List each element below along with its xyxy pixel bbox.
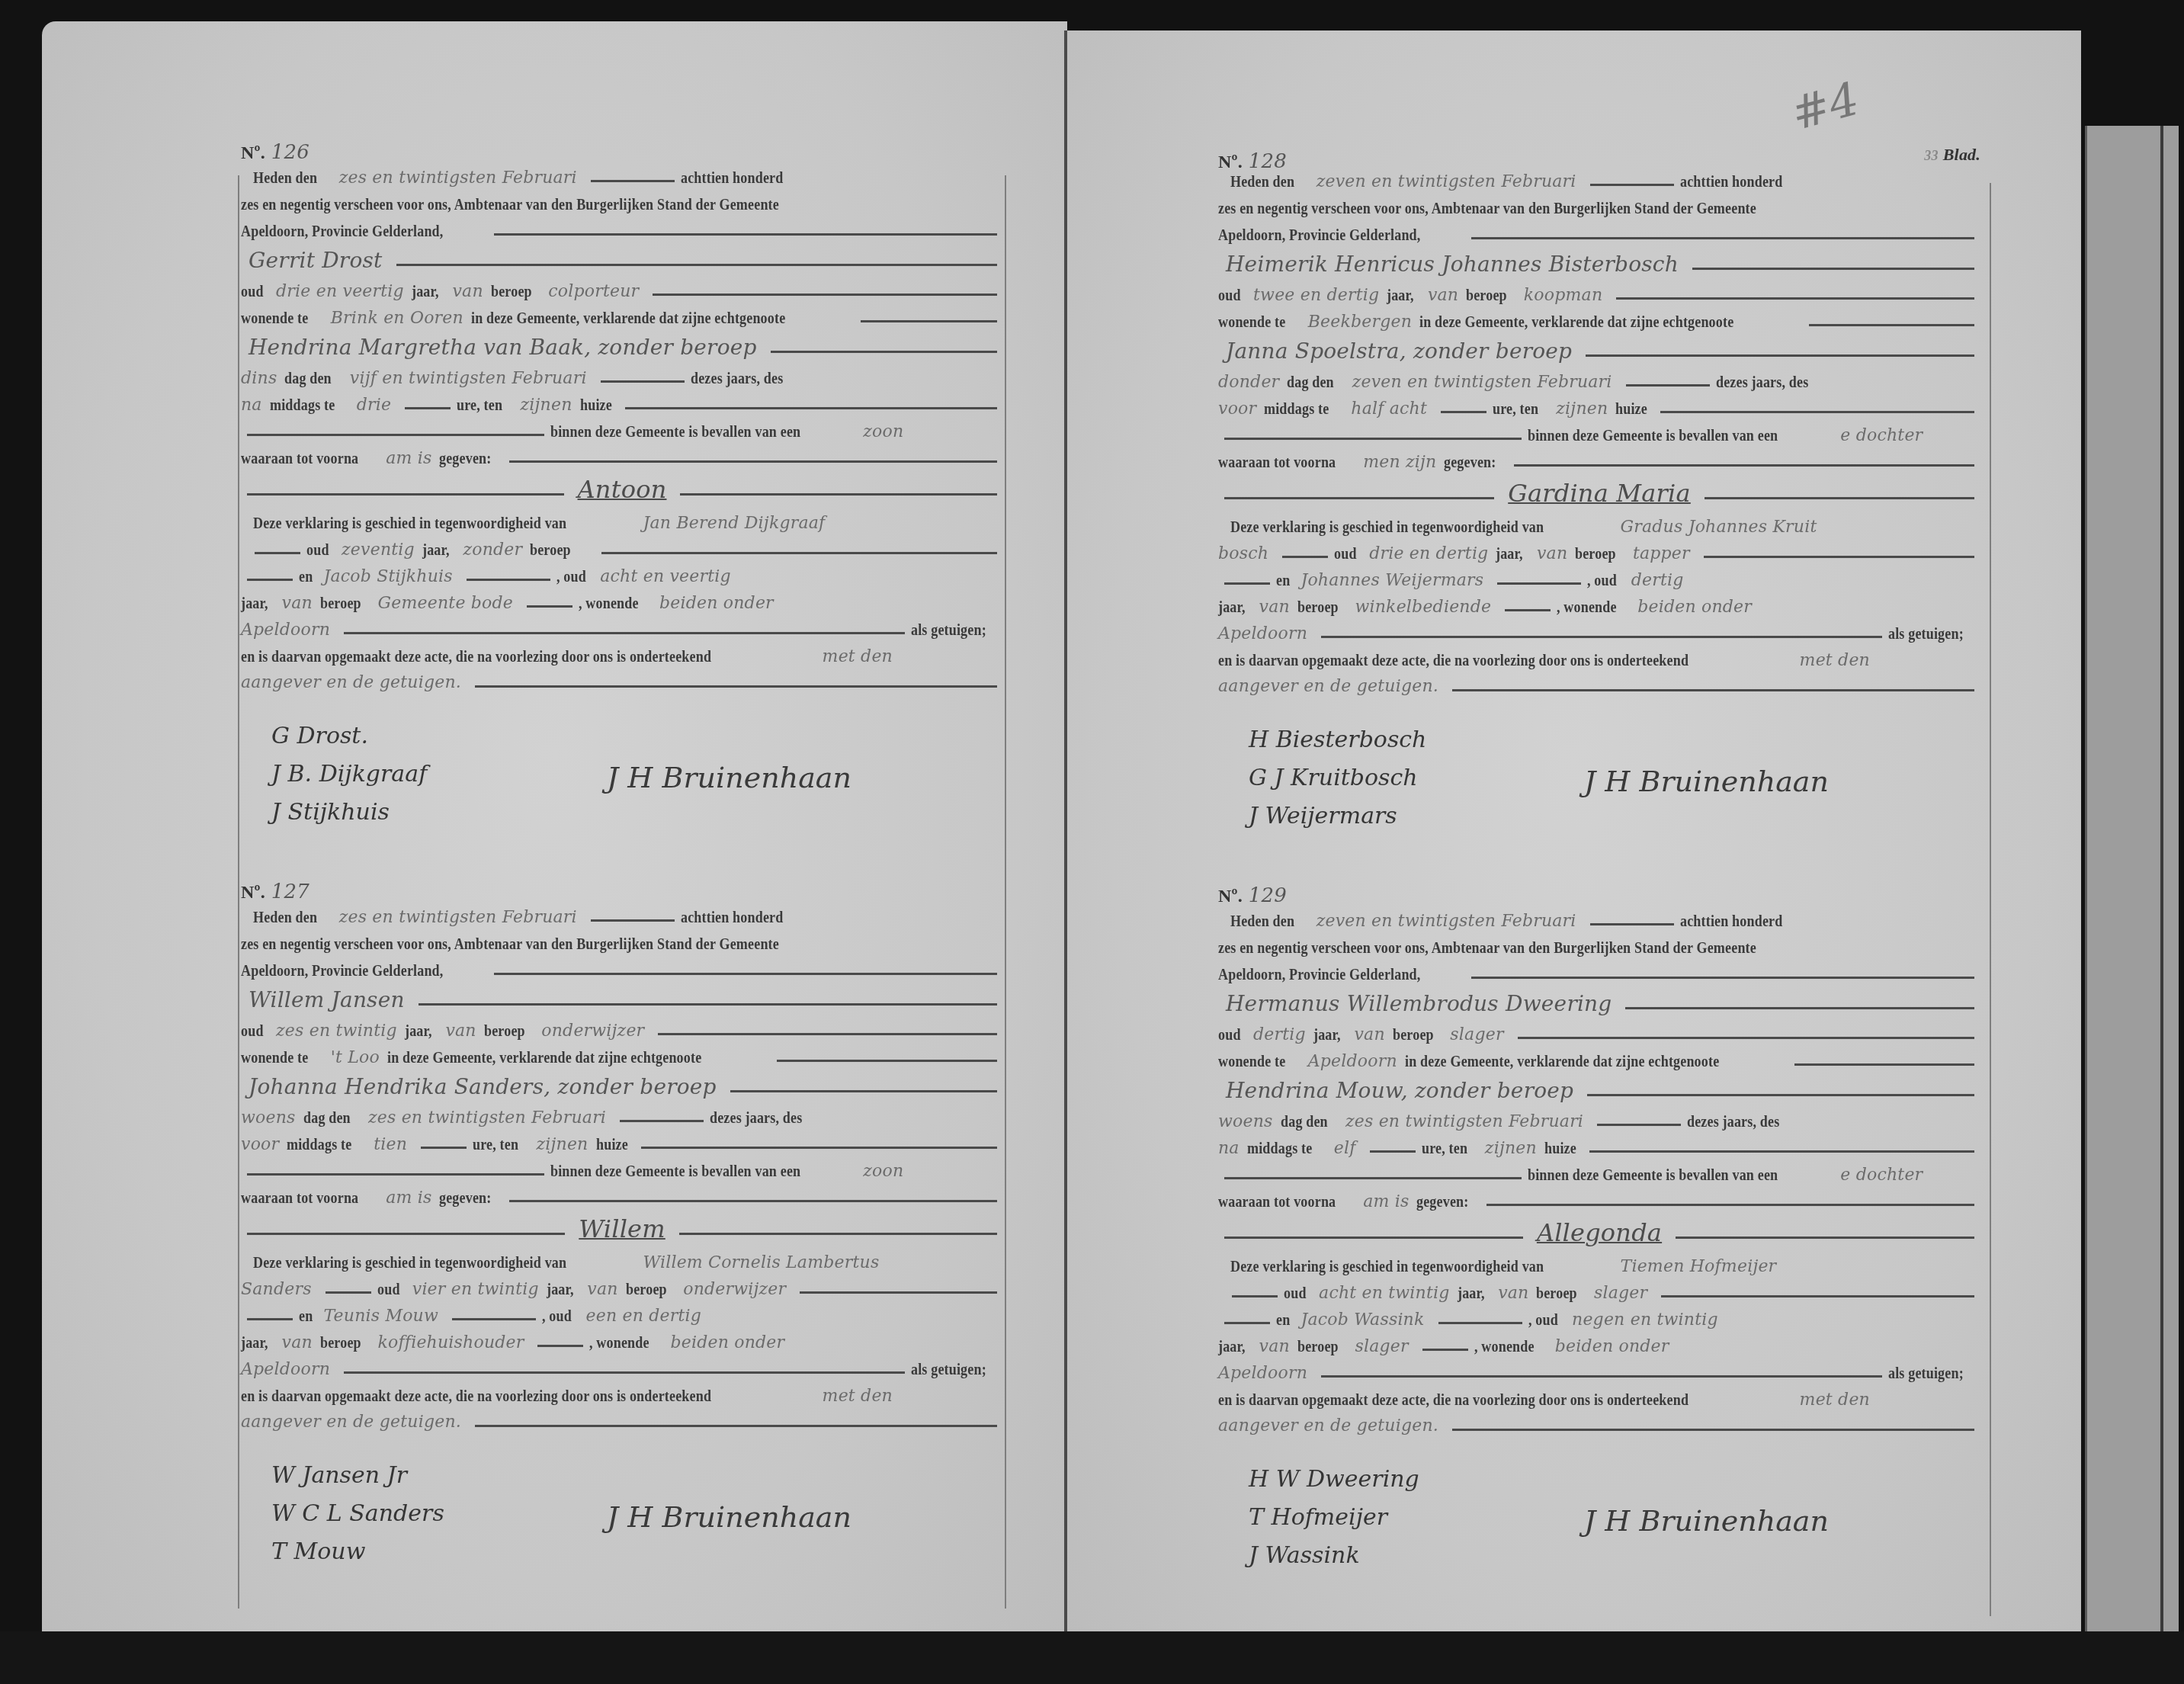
book-spine xyxy=(1064,30,1067,1650)
witness-intro-line: Deze verklaring is geschied in tegenwoor… xyxy=(241,513,1003,540)
residence-line: wonende te Brink en Ooren in deze Gemeen… xyxy=(241,308,1003,335)
signature-declarant: G Drost. xyxy=(271,723,368,749)
fill-dash xyxy=(591,919,675,922)
fill-dash xyxy=(1224,438,1522,440)
fill-dash xyxy=(1505,609,1551,611)
child-name: Gardina Maria xyxy=(1508,479,1691,508)
witness2-line: en Jacob Wassink , oud negen en twintig xyxy=(1218,1310,1980,1336)
fill-dash xyxy=(247,434,544,436)
witness1-age: zeventig xyxy=(342,540,415,560)
wife-line: Janna Spoelstra, zonder beroep xyxy=(1218,338,1980,372)
name-given-line: waaraan tot voorna men zijn gegeven: xyxy=(1218,452,1980,479)
fill-dash xyxy=(1661,1295,1974,1297)
official-line: zes en negentig verscheen voor ons, Ambt… xyxy=(241,934,1003,961)
number-label: Nº. xyxy=(1218,887,1243,907)
declarant-line: Heimerik Henricus Johannes Bisterbosch xyxy=(1218,252,1980,285)
wife-name: Hendrina Mouw, zonder beroep xyxy=(1226,1078,1573,1103)
act-number-line: Nº. 128 33Blad. xyxy=(1218,145,1980,172)
witness1-age-line: oud acht en twintig jaar, van beroep sla… xyxy=(1218,1283,1980,1310)
declarant-residence: Brink en Ooren xyxy=(331,309,463,328)
witness1-name: Gradus Johannes Kruit xyxy=(1621,518,1817,537)
fill-dash xyxy=(1809,324,1974,326)
fill-dash xyxy=(641,1147,997,1149)
fill-dash xyxy=(1452,689,1974,691)
signature-registrar: J H Bruinenhaan xyxy=(607,1500,851,1534)
declarant-name: Willem Jansen xyxy=(249,987,405,1012)
witness2-occupation-line: jaar, van beroep slager , wonende beiden… xyxy=(1218,1336,1980,1363)
witness-residence: Apeldoorn xyxy=(241,1360,330,1379)
fill-dash xyxy=(777,1060,997,1062)
fill-dash xyxy=(1370,1150,1416,1153)
wife-name: Janna Spoelstra, zonder beroep xyxy=(1226,338,1572,364)
signed-line: en is daarvan opgemaakt deze acte, die n… xyxy=(241,646,1003,673)
child-sex: zoon xyxy=(863,1162,903,1181)
act-number-line: Nº. 129 xyxy=(1218,884,1980,911)
fill-dash xyxy=(1422,1349,1468,1351)
born-line: binnen deze Gemeente is bevallen van een… xyxy=(241,422,1003,448)
left-margin-rule xyxy=(238,175,239,1609)
witness-residence-line: Apeldoorn als getuigen; xyxy=(1218,1363,1980,1390)
witness2-age: negen en twintig xyxy=(1572,1310,1718,1330)
wife-line: Johanna Hendrika Sanders, zonder beroep xyxy=(241,1074,1003,1108)
official-line: zes en negentig verscheen voor ons, Ambt… xyxy=(1218,198,1980,225)
birth-act-127: Nº. 127 Heden den zes en twintigsten Feb… xyxy=(241,880,1003,1607)
declarant-line: Willem Jansen xyxy=(241,987,1003,1021)
registration-date: zes en twintigsten Februari xyxy=(339,908,577,927)
fill-dash xyxy=(1452,1429,1974,1431)
signature-block: W Jansen Jr W C L Sanders T Mouw J H Bru… xyxy=(241,1455,1003,1607)
signature-declarant: H Biesterbosch xyxy=(1249,727,1426,753)
witness-residence-line: Apeldoorn als getuigen; xyxy=(241,1359,1003,1386)
declarant-age: twee en dertig xyxy=(1253,286,1379,305)
fill-dash xyxy=(421,1147,467,1149)
signature-registrar: J H Bruinenhaan xyxy=(1584,1504,1829,1538)
registration-date: zes en twintigsten Februari xyxy=(339,168,577,188)
birth-date-line: dins dag den vijf en twintigsten Februar… xyxy=(241,368,1003,395)
fill-dash xyxy=(247,1173,544,1176)
age-occupation-line: oud twee en dertig jaar, van beroep koop… xyxy=(1218,285,1980,312)
fill-dash xyxy=(800,1291,997,1294)
fill-dash xyxy=(1660,411,1974,413)
declarant-residence: 't Loo xyxy=(331,1048,380,1067)
fill-dash xyxy=(861,320,997,322)
child-name-line: Gardina Maria xyxy=(1218,479,1980,517)
fill-dash xyxy=(601,552,997,554)
signature-block: H Biesterbosch G J Kruitbosch J Weijerma… xyxy=(1218,719,1980,871)
right-margin-rule xyxy=(1990,183,1991,1616)
birth-time-line: na middags te drie ure, ten zijnen huize xyxy=(241,395,1003,422)
fill-dash xyxy=(1587,1094,1974,1096)
signed-line: en is daarvan opgemaakt deze acte, die n… xyxy=(1218,650,1980,677)
place-line: Apeldoorn, Provincie Gelderland, xyxy=(1218,964,1980,991)
number-label: Nº. xyxy=(241,143,265,164)
fill-dash xyxy=(405,407,451,409)
name-given-line: waaraan tot voorna am is gegeven: xyxy=(1218,1192,1980,1218)
witness2-occupation: Gemeente bode xyxy=(377,594,513,613)
witness2-line: en Johannes Weijermars , oud dertig xyxy=(1218,570,1980,597)
declarant-line: Gerrit Drost xyxy=(241,248,1003,281)
child-name-line: Allegonda xyxy=(1218,1218,1980,1256)
declarant-name: Hermanus Willembrodus Dweering xyxy=(1226,991,1612,1016)
witness2-occupation-line: jaar, van beroep koffiehuishouder , wone… xyxy=(241,1333,1003,1359)
fill-dash xyxy=(1224,497,1494,499)
birth-date-line: woens dag den zes en twintigsten Februar… xyxy=(1218,1111,1980,1138)
fill-dash xyxy=(1625,1007,1974,1009)
signature-registrar: J H Bruinenhaan xyxy=(607,761,851,794)
fill-dash xyxy=(537,1345,583,1347)
born-line: binnen deze Gemeente is bevallen van een… xyxy=(1218,1165,1980,1192)
declarant-age: dertig xyxy=(1253,1025,1306,1044)
fill-dash xyxy=(653,293,997,296)
witness-intro-line: Deze verklaring is geschied in tegenwoor… xyxy=(1218,517,1980,544)
witness2-occupation-line: jaar, van beroep Gemeente bode , wonende… xyxy=(241,593,1003,620)
witness1-age: drie en dertig xyxy=(1369,544,1488,563)
declarant-residence: Apeldoorn xyxy=(1308,1052,1397,1071)
ampm: na xyxy=(241,396,262,415)
fill-dash xyxy=(679,1233,997,1235)
fill-dash xyxy=(396,264,997,266)
birth-date: zes en twintigsten Februari xyxy=(368,1108,606,1127)
signature-witness2: J Weijermars xyxy=(1249,803,1397,829)
fill-dash xyxy=(680,493,997,496)
fill-dash xyxy=(1589,1150,1974,1153)
fill-dash xyxy=(1224,1177,1522,1179)
declarant-occupation: slager xyxy=(1450,1025,1503,1044)
residence-line: wonende te Beekbergen in deze Gemeente, … xyxy=(1218,312,1980,338)
residence-line: wonende te 't Loo in deze Gemeente, verk… xyxy=(241,1047,1003,1074)
signature-witness1: T Hofmeijer xyxy=(1249,1504,1387,1531)
witness2-age: dertig xyxy=(1631,571,1684,590)
fill-dash xyxy=(620,1120,704,1122)
signature-witness2: J Stijkhuis xyxy=(271,799,390,826)
fill-dash xyxy=(344,632,905,634)
fill-dash xyxy=(255,552,300,554)
fill-dash xyxy=(658,1033,997,1035)
witness1-name: Jan Berend Dijkgraaf xyxy=(643,514,826,533)
fill-dash xyxy=(1224,1237,1523,1239)
witness-residence-line: Apeldoorn als getuigen; xyxy=(241,620,1003,646)
age-occupation-line: oud zes en twintig jaar, van beroep onde… xyxy=(241,1021,1003,1047)
witness2-age: acht en veertig xyxy=(600,567,731,586)
witness1-occupation: slager xyxy=(1594,1284,1647,1303)
birth-hour: tien xyxy=(374,1135,407,1154)
fill-dash xyxy=(1586,354,1974,357)
fill-dash xyxy=(1626,384,1710,387)
fill-dash xyxy=(1590,184,1674,186)
fill-dash xyxy=(625,407,997,409)
name-given-line: waaraan tot voorna am is gegeven: xyxy=(241,448,1003,475)
official-line: zes en negentig verscheen voor ons, Ambt… xyxy=(241,194,1003,221)
signed-line: en is daarvan opgemaakt deze acte, die n… xyxy=(1218,1390,1980,1416)
signature-block: G Drost. J B. Dijkgraaf J Stijkhuis J H … xyxy=(241,715,1003,868)
fill-dash xyxy=(247,493,564,496)
weekday: woens xyxy=(241,1108,296,1127)
number-label: Nº. xyxy=(1218,152,1243,173)
signature-witness1: G J Kruitbosch xyxy=(1249,765,1418,791)
act-number: 127 xyxy=(271,880,309,903)
fill-dash xyxy=(494,233,997,236)
residence-line: wonende te Apeldoorn in deze Gemeente, v… xyxy=(1218,1051,1980,1078)
blad-label: 33Blad. xyxy=(1924,145,1980,165)
fill-dash xyxy=(247,1233,565,1235)
act-number: 129 xyxy=(1249,884,1287,907)
witness2-age: een en dertig xyxy=(586,1307,702,1326)
witness1-age: vier en twintig xyxy=(412,1280,539,1299)
fill-dash xyxy=(1471,977,1974,979)
registration-date: zeven en twintigsten Februari xyxy=(1316,172,1576,191)
signed-line: en is daarvan opgemaakt deze acte, die n… xyxy=(241,1386,1003,1413)
fill-dash xyxy=(1704,556,1974,558)
fill-dash xyxy=(1224,1322,1270,1324)
declarant-line: Hermanus Willembrodus Dweering xyxy=(1218,991,1980,1025)
child-name-line: Antoon xyxy=(241,475,1003,513)
registration-date: zeven en twintigsten Februari xyxy=(1316,912,1576,931)
birth-date: zeven en twintigsten Februari xyxy=(1352,373,1612,392)
declarant-residence: Beekbergen xyxy=(1308,313,1412,332)
witness2-occupation-line: jaar, van beroep winkelbediende , wonend… xyxy=(1218,597,1980,624)
birth-time-line: na middags te elf ure, ten zijnen huize xyxy=(1218,1138,1980,1165)
born-line: binnen deze Gemeente is bevallen van een… xyxy=(241,1161,1003,1188)
witness1-occupation: onderwijzer xyxy=(683,1280,786,1299)
birth-hour: elf xyxy=(1334,1139,1356,1158)
date-line: Heden den zes en twintigsten Februari ac… xyxy=(241,168,1003,194)
age-occupation-line: oud dertig jaar, van beroep slager xyxy=(1218,1025,1980,1051)
place-line: Apeldoorn, Provincie Gelderland, xyxy=(1218,225,1980,252)
fill-dash xyxy=(1441,411,1486,413)
fill-dash xyxy=(1321,1375,1882,1378)
child-name: Willem xyxy=(579,1214,665,1243)
fill-dash xyxy=(1438,1322,1522,1324)
declarant-name: Heimerik Henricus Johannes Bisterbosch xyxy=(1226,252,1679,277)
witness2-occupation: koffiehuishouder xyxy=(377,1333,524,1352)
fill-dash xyxy=(1692,268,1974,270)
left-right-margin-rule xyxy=(1005,175,1006,1609)
witness1-age-line: oud zeventig jaar, zonder beroep xyxy=(241,540,1003,566)
witness2-name: Jacob Wassink xyxy=(1300,1310,1424,1330)
act-number: 128 xyxy=(1249,150,1287,173)
fill-dash xyxy=(1232,1295,1278,1297)
witness2-line: en Teunis Mouw , oud een en dertig xyxy=(241,1306,1003,1333)
place-line: Apeldoorn, Provincie Gelderland, xyxy=(241,221,1003,248)
wife-line: Hendrina Mouw, zonder beroep xyxy=(1218,1078,1980,1111)
birth-act-128: Nº. 128 33Blad. Heden den zeven en twint… xyxy=(1218,145,1980,871)
born-line: binnen deze Gemeente is bevallen van een… xyxy=(1218,425,1980,452)
number-label: Nº. xyxy=(241,883,265,903)
witness-residence: Apeldoorn xyxy=(1218,1364,1307,1383)
date-line: Heden den zes en twintigsten Februari ac… xyxy=(241,907,1003,934)
place-line: Apeldoorn, Provincie Gelderland, xyxy=(241,961,1003,987)
fill-dash xyxy=(1705,497,1974,499)
fill-dash xyxy=(1616,297,1974,300)
birth-time-line: voor middags te tien ure, ten zijnen hui… xyxy=(241,1134,1003,1161)
signature-registrar: J H Bruinenhaan xyxy=(1584,765,1829,798)
witness2-occupation: slager xyxy=(1355,1337,1408,1356)
declarant-age: zes en twintig xyxy=(276,1022,397,1041)
ampm: na xyxy=(1218,1139,1240,1158)
weekday: woens xyxy=(1218,1112,1273,1131)
wife-name: Hendrina Margretha van Baak, zonder bero… xyxy=(249,335,757,360)
wife-line: Hendrina Margretha van Baak, zonder bero… xyxy=(241,335,1003,368)
birth-time-line: voor middags te half acht ure, ten zijne… xyxy=(1218,399,1980,425)
witness-residence-line: Apeldoorn als getuigen; xyxy=(1218,624,1980,650)
witness-intro-line: Deze verklaring is geschied in tegenwoor… xyxy=(241,1253,1003,1279)
fill-dash xyxy=(344,1371,905,1374)
child-name: Allegonda xyxy=(1537,1218,1662,1247)
signed-with-line: aangever en de getuigen. xyxy=(1218,1416,1980,1443)
birth-date-line: woens dag den zes en twintigsten Februar… xyxy=(241,1108,1003,1134)
weekday: donder xyxy=(1218,373,1279,392)
birth-act-129: Nº. 129 Heden den zeven en twintigsten F… xyxy=(1218,884,1980,1611)
witness2-occupation: winkelbediende xyxy=(1355,598,1491,617)
witness2-name: Jacob Stijkhuis xyxy=(323,567,452,586)
declarant-occupation: onderwijzer xyxy=(541,1022,644,1041)
wife-name: Johanna Hendrika Sanders, zonder beroep xyxy=(249,1074,717,1099)
birth-act-126: Nº. 126 Heden den zes en twintigsten Feb… xyxy=(241,141,1003,868)
signed-with-line: aangever en de getuigen. xyxy=(1218,677,1980,704)
declarant-occupation: koopman xyxy=(1524,286,1602,305)
signature-declarant: W Jansen Jr xyxy=(271,1462,407,1489)
fill-dash xyxy=(326,1291,371,1294)
witness1-occupation: tapper xyxy=(1633,544,1690,563)
fill-dash xyxy=(1518,1037,1974,1039)
fill-dash xyxy=(494,973,997,975)
child-name-line: Willem xyxy=(241,1214,1003,1253)
date-line: Heden den zeven en twintigsten Februari … xyxy=(1218,911,1980,938)
fill-dash xyxy=(1514,464,1974,467)
fill-dash xyxy=(247,1318,293,1320)
birth-date: vijf en twintigsten Februari xyxy=(350,369,587,388)
signature-declarant: H W Dweering xyxy=(1249,1466,1419,1493)
fill-dash xyxy=(771,351,997,353)
fill-dash xyxy=(467,579,550,581)
signed-with-line: aangever en de getuigen. xyxy=(241,1413,1003,1439)
fill-dash xyxy=(591,180,675,182)
age-occupation-line: oud drie en veertig jaar, van beroep col… xyxy=(241,281,1003,308)
fill-dash xyxy=(1597,1124,1681,1126)
birth-date-line: donder dag den zeven en twintigsten Febr… xyxy=(1218,372,1980,399)
fill-dash xyxy=(1224,582,1270,585)
weekday: dins xyxy=(241,369,277,388)
witness1-age-line: Sanders oud vier en twintig jaar, van be… xyxy=(241,1279,1003,1306)
declarant-name: Gerrit Drost xyxy=(249,248,383,273)
official-line: zes en negentig verscheen voor ons, Ambt… xyxy=(1218,938,1980,964)
birth-hour: drie xyxy=(357,396,391,415)
date-line: Heden den zeven en twintigsten Februari … xyxy=(1218,172,1980,198)
fill-dash xyxy=(1497,582,1581,585)
signature-witness2: T Mouw xyxy=(271,1538,365,1565)
fill-dash xyxy=(1676,1237,1974,1239)
fill-dash xyxy=(601,380,685,383)
witness2-name: Johannes Weijermars xyxy=(1300,571,1483,590)
fill-dash xyxy=(419,1003,997,1006)
ampm: voor xyxy=(1218,399,1256,419)
witness2-line: en Jacob Stijkhuis , oud acht en veertig xyxy=(241,566,1003,593)
fill-dash xyxy=(1590,923,1674,925)
child-sex: e dochter xyxy=(1840,426,1923,445)
fill-dash xyxy=(1471,237,1974,239)
witness1-name: Willem Cornelis Lambertus xyxy=(643,1253,880,1272)
fill-dash xyxy=(1321,636,1882,638)
witness-residence: Apeldoorn xyxy=(1218,624,1307,643)
child-sex: zoon xyxy=(863,422,903,441)
fill-dash xyxy=(509,1200,997,1202)
bottom-shadow xyxy=(0,1631,2184,1684)
birth-date: zes en twintigsten Februari xyxy=(1345,1112,1583,1131)
fill-dash xyxy=(247,579,293,581)
blad-number: 33 xyxy=(1924,148,1938,163)
name-given-line: waaraan tot voorna am is gegeven: xyxy=(241,1188,1003,1214)
act-number-line: Nº. 126 xyxy=(241,141,1003,168)
birth-hour: half acht xyxy=(1351,399,1427,419)
declarant-age: drie en veertig xyxy=(276,282,404,301)
fill-dash xyxy=(1794,1063,1974,1066)
page-edge-strip xyxy=(2085,126,2179,1650)
witness-residence: Apeldoorn xyxy=(241,621,330,640)
signed-with-line: aangever en de getuigen. xyxy=(241,673,1003,700)
witness1-age-line: bosch oud drie en dertig jaar, van beroe… xyxy=(1218,544,1980,570)
witness-intro-line: Deze verklaring is geschied in tegenwoor… xyxy=(1218,1256,1980,1283)
signature-block: H W Dweering T Hofmeijer J Wassink J H B… xyxy=(1218,1458,1980,1611)
fill-dash xyxy=(730,1090,997,1092)
act-number-line: Nº. 127 xyxy=(241,880,1003,907)
ampm: voor xyxy=(241,1135,279,1154)
witness1-age: acht en twintig xyxy=(1319,1284,1449,1303)
witness2-name: Teunis Mouw xyxy=(323,1307,438,1326)
fill-dash xyxy=(1486,1204,1974,1206)
signature-witness1: J B. Dijkgraaf xyxy=(271,761,427,787)
signature-witness1: W C L Sanders xyxy=(271,1500,444,1527)
fill-dash xyxy=(509,460,997,463)
fill-dash xyxy=(475,685,997,688)
declarant-occupation: colporteur xyxy=(548,282,639,301)
child-sex: e dochter xyxy=(1840,1166,1923,1185)
fill-dash xyxy=(475,1425,997,1427)
blad-wrap: 33Blad. xyxy=(1287,145,1980,168)
signature-witness2: J Wassink xyxy=(1249,1542,1360,1569)
fill-dash xyxy=(527,605,572,608)
fill-dash xyxy=(452,1318,536,1320)
fill-dash xyxy=(1282,556,1328,558)
witness1-name: Tiemen Hofmeijer xyxy=(1621,1257,1777,1276)
child-name: Antoon xyxy=(578,475,667,504)
act-number: 126 xyxy=(271,141,309,164)
